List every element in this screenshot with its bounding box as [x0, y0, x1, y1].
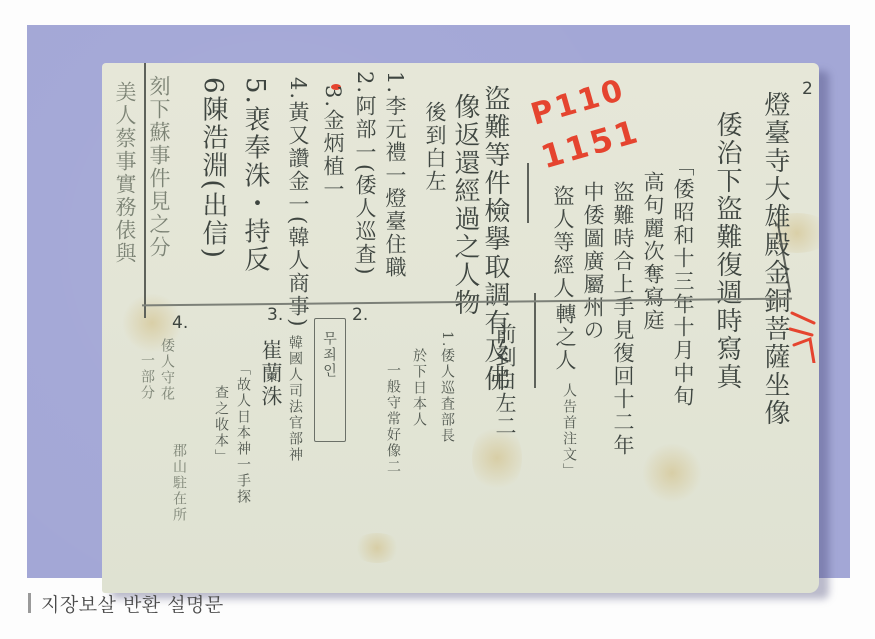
list-item-2: 2.阿部一(倭人巡査)	[354, 71, 375, 276]
title-line-2: 倭治下盜難復週時寫真	[714, 111, 740, 391]
body-line-9: 像返還經過之人物	[452, 93, 478, 317]
list-item-5: 5.裵奉洙・持反	[242, 77, 268, 274]
body-line-7: 人告首注文」	[562, 383, 576, 479]
lower-item-1: 1.倭人巡査部長	[440, 331, 454, 444]
list-item-1: 1.李元禮一燈臺住職	[384, 71, 405, 279]
lower-line: 查之收本」	[214, 385, 228, 465]
lower-line: 前到白左二	[494, 323, 515, 438]
body-line-6: 轉之人	[554, 303, 575, 372]
column-divider	[534, 293, 536, 388]
lower-line: 於下日本人	[412, 348, 426, 428]
figure-caption: 지장보살 반환 설명문	[28, 590, 224, 616]
lower-line: 一部分	[140, 353, 154, 401]
margin-line-1: 刻下蘇事件見之分	[148, 75, 169, 259]
page-number-mark: 2	[802, 79, 813, 99]
body-line-3: 盜難時合上手見復回十二年	[612, 181, 633, 457]
handwritten-paper: 2 P110 1151 燈臺寺大雄殿金銅菩薩坐像 倭治下盜難復週時寫真 「倭昭和…	[102, 63, 819, 593]
document-photo: 2 P110 1151 燈臺寺大雄殿金銅菩薩坐像 倭治下盜難復週時寫真 「倭昭和…	[27, 25, 850, 578]
list-item-4: 4.黃又讚金一(韓人商事)	[287, 77, 308, 328]
lower-line: 郡山駐在所	[172, 443, 186, 523]
body-line-4: 中倭圖廣屬州の	[582, 181, 603, 342]
lower-item-3-number: 3.	[267, 305, 283, 325]
lower-line: 一般守常好像二	[386, 363, 400, 475]
margin-line-2: 美人蔡事實務俵與	[114, 81, 135, 265]
stain	[642, 443, 702, 503]
list-item-3: 3.金炳植一	[322, 85, 343, 201]
lower-item-2-number: 2.	[352, 305, 368, 325]
lower-line: 崔蘭洙	[260, 339, 281, 408]
column-divider	[527, 163, 529, 223]
stain	[352, 533, 402, 563]
title-line-1: 燈臺寺大雄殿金銅菩薩坐像	[762, 91, 788, 427]
caption-bar	[28, 593, 31, 613]
caption-text: 지장보살 반환 설명문	[41, 590, 224, 617]
lower-line: 倭人守花	[160, 338, 174, 402]
lower-item-4-number: 4.	[172, 313, 188, 333]
lower-line: 韓國人司法官部神	[288, 335, 302, 463]
lower-line: 「故人日本神一手探	[236, 361, 250, 505]
margin-divider	[144, 63, 146, 318]
body-line-5: 盜人等經人	[552, 185, 573, 300]
red-checkmark-icon	[788, 283, 818, 363]
list-item-6: 6陳浩淵(出信)	[200, 77, 226, 260]
body-line-1: 「倭昭和十三年十月中旬	[672, 155, 693, 408]
body-line-2: 高句麗次奪寫庭	[642, 171, 663, 332]
lower-item-2-text: 무죄인	[322, 331, 336, 379]
body-line-10: 後到白左	[424, 101, 445, 193]
